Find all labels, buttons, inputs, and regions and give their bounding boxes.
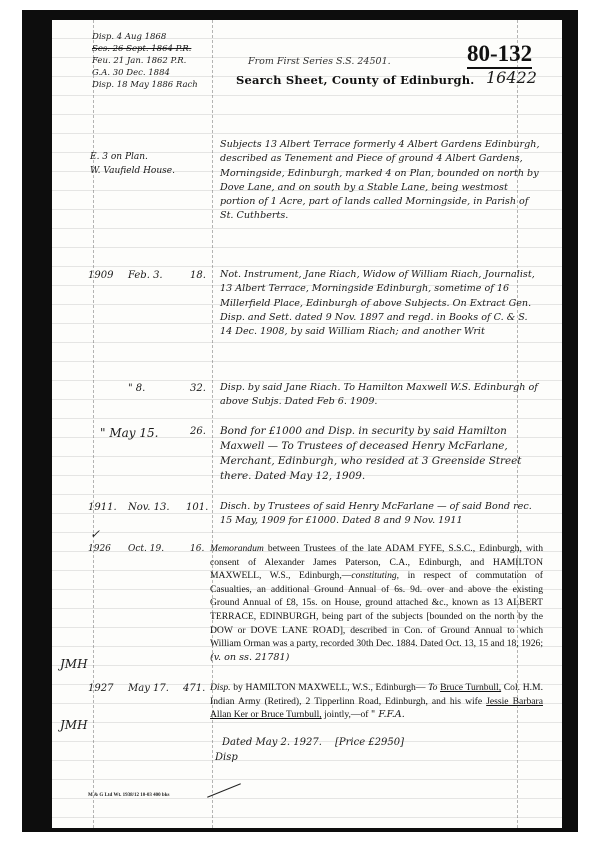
entry-text-continued: in respect of commutation of Casualties,… bbox=[210, 570, 543, 649]
subjects-description: Subjects 13 Albert Terrace formerly 4 Al… bbox=[220, 138, 542, 224]
handwritten-tail: (v. on ss. 21781) bbox=[210, 652, 289, 663]
entry-date: Feb. 3. bbox=[128, 270, 163, 281]
entry-number: 32. bbox=[190, 383, 206, 394]
entry-date: May 17. bbox=[128, 683, 169, 694]
entry-lead: Disp. bbox=[210, 682, 231, 693]
margin-note: G.A. 30 Dec. 1884 bbox=[92, 67, 198, 79]
check-mark: ✓ bbox=[90, 527, 100, 541]
entry-text: by HAMILTON MAXWELL, W.S., Edinburgh— bbox=[233, 682, 425, 693]
sheet-number: 16422 bbox=[486, 68, 537, 87]
margin-note: Ses. 26 Sept. 1864 P.R. bbox=[92, 43, 198, 55]
boundaries: E. 3 on Plan. W. Vaufield House. bbox=[90, 150, 175, 178]
entry-date: Oct. 19. bbox=[128, 544, 164, 554]
handwritten-ref: " F.F.A. bbox=[371, 709, 405, 720]
boundary-west: W. Vaufield House. bbox=[90, 164, 175, 178]
margin-note: Disp. 18 May 1886 Rach bbox=[92, 79, 198, 91]
from-note: From First Series S.S. 24501. bbox=[248, 56, 391, 67]
entry-number: 101. bbox=[186, 502, 208, 513]
handwritten-dated: Dated May 2. 1927. bbox=[222, 737, 322, 748]
entry-text: Bond for £1000 and Disp. in security by … bbox=[220, 424, 542, 484]
to-label: To bbox=[428, 682, 437, 693]
entry-year: 1911. bbox=[88, 502, 117, 513]
entry-number: 18. bbox=[190, 270, 206, 281]
entry-number: 471. bbox=[183, 683, 205, 694]
margin-note: Disp. 4 Aug 1868 bbox=[92, 31, 198, 43]
entry-year: 1926 bbox=[88, 544, 111, 554]
boundary-east: E. 3 on Plan. bbox=[90, 150, 175, 164]
reference-number: 80-132 bbox=[467, 42, 532, 69]
sheet-title: Search Sheet, County of Edinburgh. bbox=[236, 73, 475, 87]
disposition-text: Disp. by HAMILTON MAXWELL, W.S., Edinbur… bbox=[210, 681, 543, 722]
handwritten-note: Disp bbox=[215, 752, 238, 763]
grantee-name: Bruce Turnbull, bbox=[440, 682, 501, 693]
printer-imprint: M & G Ltd Wt. 1938/12 10-03 400 bks bbox=[88, 793, 169, 798]
entry-date: " May 15. bbox=[100, 426, 158, 440]
entry-text: jointly,—of bbox=[324, 709, 368, 720]
entry-italic: constituting, bbox=[351, 570, 399, 581]
entry-year: 1927 bbox=[88, 683, 113, 694]
price: [Price £2950] bbox=[335, 737, 404, 748]
entry-year: 1909 bbox=[88, 270, 113, 281]
initials: JMH bbox=[60, 657, 88, 671]
initials: JMH bbox=[60, 718, 88, 732]
memorandum-text: Memorandum between Trustees of the late … bbox=[210, 542, 543, 664]
entry-lead: Memorandum bbox=[210, 543, 264, 554]
entry-text: Disch. by Trustees of said Henry McFarla… bbox=[220, 500, 542, 529]
column-rule bbox=[93, 20, 94, 828]
entry-date: Nov. 13. bbox=[128, 502, 170, 513]
entry-text: Disp. by said Jane Riach. To Hamilton Ma… bbox=[220, 381, 542, 410]
entry-date: " 8. bbox=[128, 383, 145, 394]
margin-notes: Disp. 4 Aug 1868 Ses. 26 Sept. 1864 P.R.… bbox=[92, 31, 198, 91]
entry-text: Not. Instrument, Jane Riach, Widow of Wi… bbox=[220, 268, 542, 339]
entry-number: 16. bbox=[190, 544, 204, 554]
margin-note: Feu. 21 Jan. 1862 P.R. bbox=[92, 55, 198, 67]
entry-number: 26. bbox=[190, 426, 206, 437]
